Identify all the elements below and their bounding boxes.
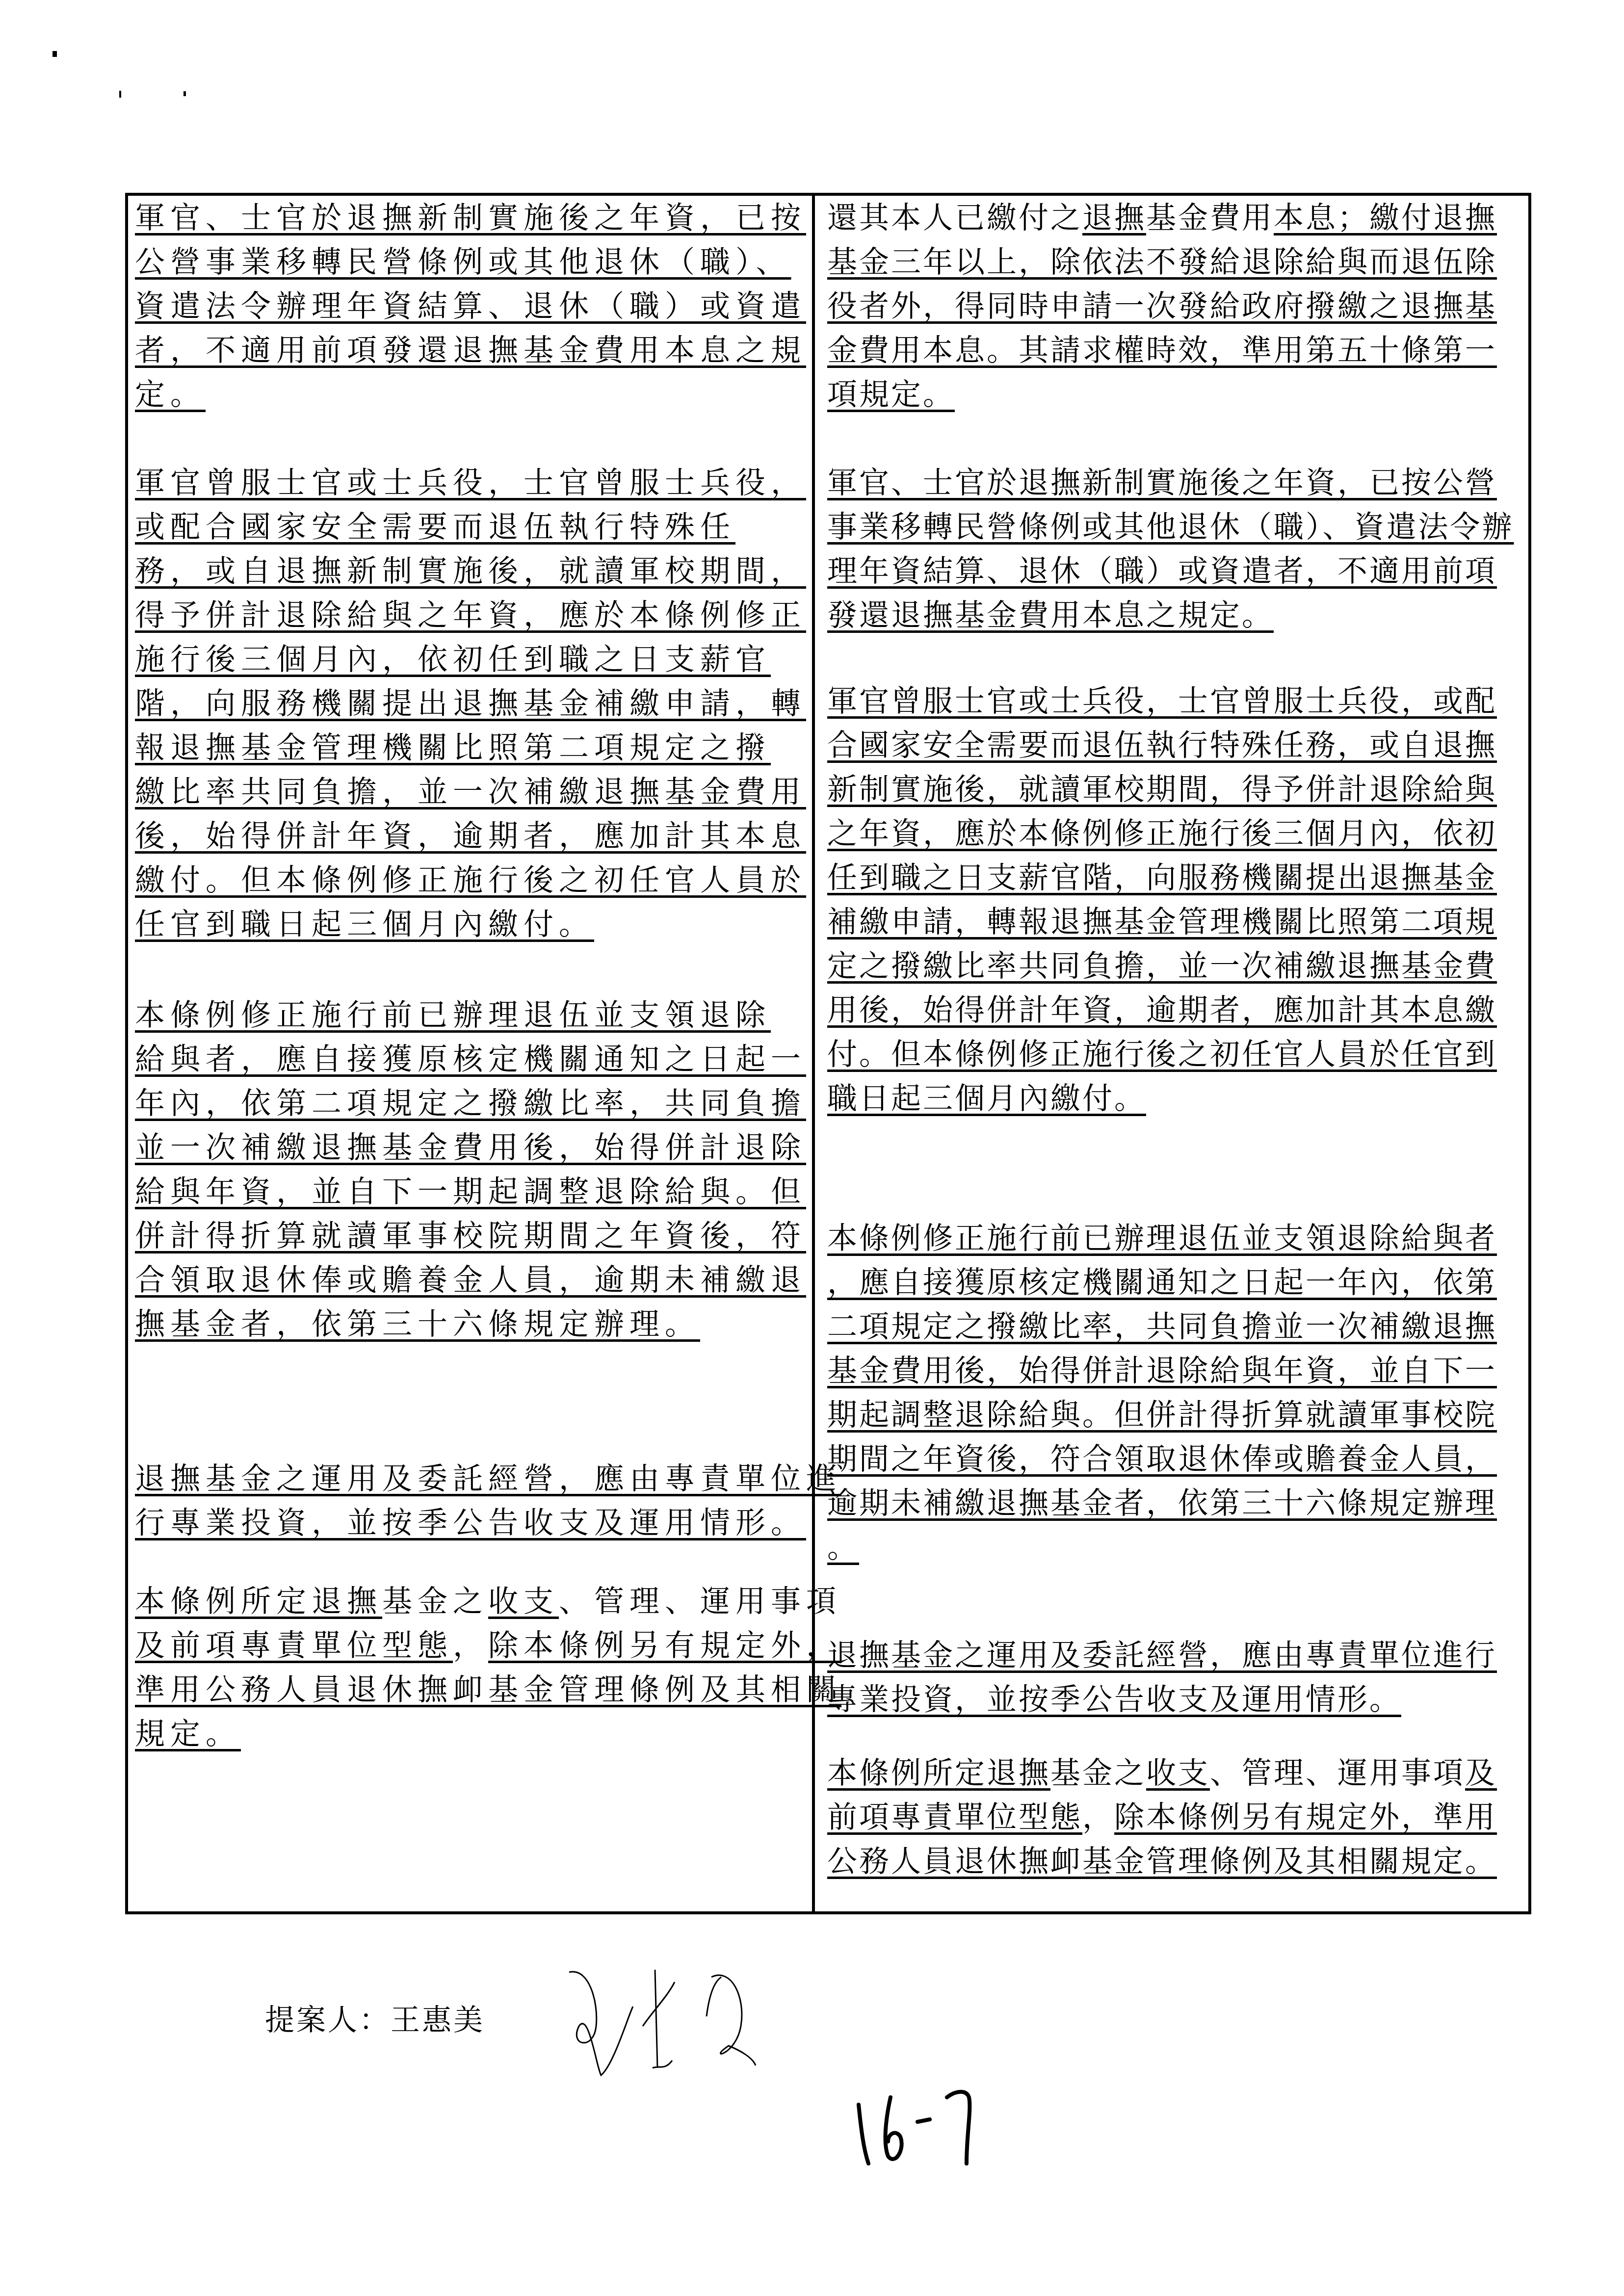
underlined-text: 新制實施後，就讀軍校期間，得予併計退除給與	[827, 772, 1497, 807]
underlined-text: 基金三年以上，除依法不發給退除給與而退伍除	[827, 245, 1497, 280]
text-line: 。	[827, 1526, 1497, 1570]
underlined-text: 基金費用後，始得併計退除給與年資，並自下一	[827, 1354, 1497, 1388]
underlined-text: 規定。	[135, 1717, 241, 1751]
underlined-text: 合國家安全需要而退伍執行特殊任務，或自退撫	[827, 728, 1497, 763]
text-line: 本條例所定退撫基金之收支、管理、運用事項及	[827, 1751, 1497, 1796]
text-line: 理年資結算、退休（職）或資遣者，不適用前項	[827, 549, 1514, 594]
text-line: 之年資，應於本條例修正施行後三個月內，依初	[827, 812, 1497, 856]
text-line: 退撫基金之運用及委託經營，應由專責單位進	[135, 1457, 841, 1501]
text-line: 並一次補繳退撫基金費用後，始得併計退除	[135, 1126, 806, 1170]
underlined-text: 報退撫基金管理機關比照第二項規定之撥	[135, 731, 771, 765]
underlined-text: 年內，依第二項規定之撥繳比率，共同負擔	[135, 1086, 806, 1121]
underlined-text: 收支	[1146, 1756, 1210, 1791]
handwritten-signature-icon	[559, 1967, 765, 2085]
text-line: 役者外，得同時申請一次發給政府撥繳之退撫基	[827, 285, 1497, 329]
paragraph: 軍官曾服士官或士兵役，士官曾服士兵役，或配合國家安全需要而退伍執行特殊任務，或自…	[827, 679, 1497, 1121]
underlined-text: 準用公務人員退休撫卹基金管理條例及其相關	[135, 1672, 841, 1707]
text-line: 繳比率共同負擔，並一次補繳退撫基金費用	[135, 770, 806, 814]
text-line: 行專業投資，並按季公告收支及運用情形。	[135, 1501, 841, 1545]
underlined-text: 付。但本條例修正施行後之初任官人員於任官到	[827, 1037, 1497, 1072]
plain-text: 基金費用	[1146, 201, 1274, 235]
underlined-text: 後，始得併計年資，逾期者，應加計其本息	[135, 819, 806, 854]
underlined-text: 併計得折算就讀軍事校院期間之年資後，符	[135, 1219, 806, 1253]
underlined-text: ，應自接獲原核定機關通知之日起一年內，依第	[827, 1265, 1497, 1300]
underlined-text: 公務人員退休撫卹基金管理條例及其相關規定。	[827, 1844, 1497, 1879]
paragraph: 軍官、士官於退撫新制實施後之年資，已按公營事業移轉民營條例或其他退休（職）、資遣…	[135, 196, 806, 417]
text-line: 事業移轉民營條例或其他退休（職）、資遣法令辦	[827, 505, 1514, 549]
underlined-text: 本息；繳付退撫	[1274, 201, 1497, 235]
text-line: 給與者，應自接獲原核定機關通知之日起一	[135, 1038, 806, 1082]
underlined-text: 逾期未補繳退撫基金者，依第三十六條規定辦理	[827, 1486, 1497, 1521]
plain-text: ，	[453, 1628, 488, 1663]
underlined-text: 前項專責單位型態	[827, 1800, 1082, 1835]
text-line: 金費用本息。其請求權時效，準用第五十條第一	[827, 329, 1497, 373]
text-line: 後，始得併計年資，逾期者，應加計其本息	[135, 814, 806, 859]
scan-speck	[119, 91, 121, 98]
text-line: 期間之年資後，符合領取退休俸或贍養金人員，	[827, 1437, 1497, 1482]
underlined-text: 給與者，應自接獲原核定機關通知之日起一	[135, 1042, 806, 1077]
text-line: 項規定。	[827, 373, 1497, 417]
plain-text: 、管理、運用事項	[559, 1584, 841, 1619]
underlined-text: 發還退撫基金費用本息之規定。	[827, 598, 1274, 633]
text-line: 資遣法令辦理年資結算、退休（職）或資遣	[135, 285, 806, 329]
paragraph: 本條例所定退撫基金之收支、管理、運用事項及前項專責單位型態，除本條例另有規定外，…	[135, 1580, 841, 1756]
text-line: 定。	[135, 373, 806, 417]
underlined-text: 項規定。	[827, 377, 955, 412]
underlined-text: 軍官曾服士官或士兵役，士官曾服士兵役，	[135, 466, 806, 500]
underlined-text: 之年資，應於本條例修正施行後三個月內，依初	[827, 816, 1497, 851]
underlined-text: 任到職之日支薪官階，向服務機關提出退撫基金	[827, 861, 1497, 895]
text-line: 年內，依第二項規定之撥繳比率，共同負擔	[135, 1082, 806, 1126]
text-line: 報退撫基金管理機關比照第二項規定之撥	[135, 726, 806, 770]
text-line: 併計得折算就讀軍事校院期間之年資後，符	[135, 1214, 806, 1258]
underlined-text: 及	[1465, 1756, 1497, 1791]
underlined-text: 行專業投資，並按季公告收支及運用情形。	[135, 1506, 806, 1540]
underlined-text: 資遣法令辦理年資結算、退休（職）或資遣	[135, 289, 806, 324]
text-line: 期起調整退除給與。但併計得折算就讀軍事校院	[827, 1393, 1497, 1437]
text-line: 者，不適用前項發還退撫基金費用本息之規	[135, 329, 806, 373]
underlined-text: 軍官曾服士官或士兵役，士官曾服士兵役，或配	[827, 684, 1497, 719]
underlined-text: 軍官、士官於退撫新制實施後之年資，已按	[135, 201, 806, 235]
text-line: 或配合國家安全需要而退伍執行特殊任	[135, 505, 806, 549]
text-line: 還其本人已繳付之退撫基金費用本息；繳付退撫	[827, 196, 1497, 240]
scan-speck	[183, 91, 186, 96]
text-line: 逾期未補繳退撫基金者，依第三十六條規定辦理	[827, 1482, 1497, 1526]
text-line: 前項專責單位型態，除本條例另有規定外，準用	[827, 1796, 1497, 1840]
underlined-text: 繳比率共同負擔，並一次補繳退撫基金費用	[135, 775, 806, 809]
underlined-text: 階，向服務機關提出退撫基金補繳申請，轉	[135, 686, 806, 721]
text-line: 得予併計退除給與之年資，應於本條例修正	[135, 594, 806, 638]
underlined-text: 收支	[488, 1584, 559, 1619]
paragraph: 還其本人已繳付之退撫基金費用本息；繳付退撫基金三年以上，除依法不發給退除給與而退…	[827, 196, 1497, 417]
underlined-text: 繳付。但本條例修正施行後之初任官人員於	[135, 863, 806, 898]
underlined-text: 及前項專責單位型態	[135, 1628, 453, 1663]
underlined-text: 本條例所定退撫	[827, 1756, 1050, 1791]
text-line: 合領取退休俸或贍養金人員，逾期未補繳退	[135, 1258, 806, 1303]
underlined-text: 給與年資，並自下一期起調整退除給與。但	[135, 1174, 806, 1209]
underlined-text: 。	[827, 1530, 859, 1565]
paragraph: 本條例修正施行前已辦理退伍並支領退除給與者，應自接獲原核定機關通知之日起一年內，…	[827, 1217, 1497, 1570]
text-line: 新制實施後，就讀軍校期間，得予併計退除給與	[827, 768, 1497, 812]
underlined-text: 金費用本息。其請求權時效，準用第五十條第一	[827, 333, 1497, 368]
text-line: 階，向服務機關提出退撫基金補繳申請，轉	[135, 682, 806, 726]
text-line: 任官到職日起三個月內繳付。	[135, 903, 806, 947]
text-line: 本條例所定退撫基金之收支、管理、運用事項	[135, 1580, 841, 1624]
underlined-text: 二項規定之撥繳比率，共同負擔並一次補繳退撫	[827, 1309, 1497, 1344]
underlined-text: 施行後三個月內，依初任到職之日支薪官	[135, 642, 771, 677]
text-line: 準用公務人員退休撫卹基金管理條例及其相關	[135, 1668, 841, 1712]
underlined-text: 務，或自退撫新制實施後，就讀軍校期間，	[135, 554, 806, 589]
text-line: 補繳申請，轉報退撫基金管理機關比照第二項規	[827, 900, 1497, 944]
underlined-text: 軍官、士官於退撫新制實施後之年資，已按公營	[827, 466, 1497, 500]
paragraph: 軍官曾服士官或士兵役，士官曾服士兵役，或配合國家安全需要而退伍執行特殊任務，或自…	[135, 461, 806, 947]
underlined-text: 專業投資，並按季公告收支及運用情形。	[827, 1682, 1401, 1717]
underlined-text: 退撫基金之運用及委託經營，應由專責單位進	[135, 1461, 841, 1496]
plain-text: 還其本人已繳付之	[827, 201, 1082, 235]
text-line: 用後，始得併計年資，逾期者，應加計其本息繳	[827, 989, 1497, 1033]
underlined-text: 本條例修正施行前已辦理退伍並支領退除	[135, 998, 771, 1033]
underlined-text: 任官到職日起三個月內繳付。	[135, 907, 594, 942]
text-line: 規定。	[135, 1712, 841, 1756]
text-line: 施行後三個月內，依初任到職之日支薪官	[135, 638, 806, 682]
underlined-text: 理年資結算、退休（職）或資遣者，不適用前項	[827, 554, 1497, 589]
text-line: 基金費用後，始得併計退除給與年資，並自下一	[827, 1349, 1497, 1393]
paragraph: 本條例所定退撫基金之收支、管理、運用事項及前項專責單位型態，除本條例另有規定外，…	[827, 1751, 1497, 1884]
underlined-text: 事業移轉民營條例或其他退休（職）、資遣法令辦	[827, 510, 1514, 545]
paragraph: 軍官、士官於退撫新制實施後之年資，已按公營事業移轉民營條例或其他退休（職）、資遣…	[827, 461, 1514, 638]
text-line: 任到職之日支薪官階，向服務機關提出退撫基金	[827, 856, 1497, 900]
scan-speck	[52, 51, 57, 57]
text-line: 軍官、士官於退撫新制實施後之年資，已按	[135, 196, 806, 240]
text-line: 定之撥繳比率共同負擔，並一次補繳退撫基金費	[827, 944, 1497, 989]
text-line: 軍官、士官於退撫新制實施後之年資，已按公營	[827, 461, 1514, 505]
underlined-text: 定之撥繳比率共同負擔，並一次補繳退撫基金費	[827, 949, 1497, 984]
underlined-text: 期起調整退除給與。但併計得折算就讀軍事校院	[827, 1398, 1497, 1433]
text-line: 付。但本條例修正施行後之初任官人員於任官到	[827, 1033, 1497, 1077]
underlined-text: 本條例所定退撫	[135, 1584, 382, 1619]
paragraph: 退撫基金之運用及委託經營，應由專責單位進行專業投資，並按季公告收支及運用情形。	[135, 1457, 841, 1545]
text-line: ，應自接獲原核定機關通知之日起一年內，依第	[827, 1261, 1497, 1305]
paragraph: 本條例修正施行前已辦理退伍並支領退除給與者，應自接獲原核定機關通知之日起一年內，…	[135, 993, 806, 1347]
underlined-text: 並一次補繳退撫基金費用後，始得併計退除	[135, 1130, 806, 1165]
plain-text: 、管理、運用事項	[1210, 1756, 1465, 1791]
underlined-text: 役者外，得同時申請一次發給政府撥繳之退撫基	[827, 289, 1497, 324]
text-line: 基金三年以上，除依法不發給退除給與而退伍除	[827, 240, 1497, 285]
text-line: 軍官曾服士官或士兵役，士官曾服士兵役，或配	[827, 679, 1497, 724]
text-line: 二項規定之撥繳比率，共同負擔並一次補繳退撫	[827, 1305, 1497, 1349]
underlined-text: 者，不適用前項發還退撫基金費用本息之規	[135, 333, 806, 368]
plain-text: ，	[1082, 1800, 1114, 1835]
text-line: 繳付。但本條例修正施行後之初任官人員於	[135, 859, 806, 903]
proposer-label: 提案人：	[265, 2003, 391, 2037]
underlined-text: 本條例修正施行前已辦理退伍並支領退除給與者	[827, 1221, 1497, 1256]
underlined-text: 除本條例另有規定外，準用	[1114, 1800, 1497, 1835]
paragraph: 退撫基金之運用及委託經營，應由專責單位進行專業投資，並按季公告收支及運用情形。	[827, 1634, 1497, 1722]
underlined-text: 定。	[135, 377, 206, 412]
text-line: 合國家安全需要而退伍執行特殊任務，或自退撫	[827, 724, 1497, 768]
plain-text: 基金之	[1050, 1756, 1146, 1791]
underlined-text: 合領取退休俸或贍養金人員，逾期未補繳退	[135, 1263, 806, 1298]
underlined-text: 退撫	[1082, 201, 1146, 235]
underlined-text: 或配合國家安全需要而退伍執行特殊任	[135, 510, 735, 545]
text-line: 本條例修正施行前已辦理退伍並支領退除	[135, 993, 806, 1038]
underlined-text: 得予併計退除給與之年資，應於本條例修正	[135, 598, 806, 633]
text-line: 公務人員退休撫卹基金管理條例及其相關規定。	[827, 1840, 1497, 1884]
underlined-text: 補繳申請，轉報退撫基金管理機關比照第二項規	[827, 905, 1497, 939]
proposer-name: 王惠美	[391, 2003, 485, 2037]
text-line: 公營事業移轉民營條例或其他退休（職）、	[135, 240, 806, 285]
text-line: 退撫基金之運用及委託經營，應由專責單位進行	[827, 1634, 1497, 1678]
text-line: 軍官曾服士官或士兵役，士官曾服士兵役，	[135, 461, 806, 505]
underlined-text: 退撫基金之運用及委託經營，應由專責單位進行	[827, 1638, 1497, 1673]
text-line: 本條例修正施行前已辦理退伍並支領退除給與者	[827, 1217, 1497, 1261]
underlined-text: 撫基金者，依第三十六條規定辦理。	[135, 1307, 700, 1342]
text-line: 及前項專責單位型態，除本條例另有規定外，	[135, 1624, 841, 1668]
text-line: 專業投資，並按季公告收支及運用情形。	[827, 1678, 1497, 1722]
text-line: 職日起三個月內繳付。	[827, 1077, 1497, 1121]
plain-text: 基金之	[382, 1584, 488, 1619]
underlined-text: 除本條例另有規定外，	[488, 1628, 841, 1663]
underlined-text: 期間之年資後，符合領取退休俸或贍養金人員，	[827, 1442, 1497, 1477]
text-line: 給與年資，並自下一期起調整退除給與。但	[135, 1170, 806, 1214]
text-line: 發還退撫基金費用本息之規定。	[827, 594, 1514, 638]
underlined-text: 公營事業移轉民營條例或其他退休（職）、	[135, 245, 791, 280]
proposer-line: 提案人：王惠美	[265, 1997, 485, 2039]
text-line: 撫基金者，依第三十六條規定辦理。	[135, 1303, 806, 1347]
underlined-text: 職日起三個月內繳付。	[827, 1081, 1146, 1116]
handwritten-page-mark-icon	[849, 2085, 996, 2168]
underlined-text: 用後，始得併計年資，逾期者，應加計其本息繳	[827, 993, 1497, 1028]
text-line: 務，或自退撫新制實施後，就讀軍校期間，	[135, 549, 806, 594]
